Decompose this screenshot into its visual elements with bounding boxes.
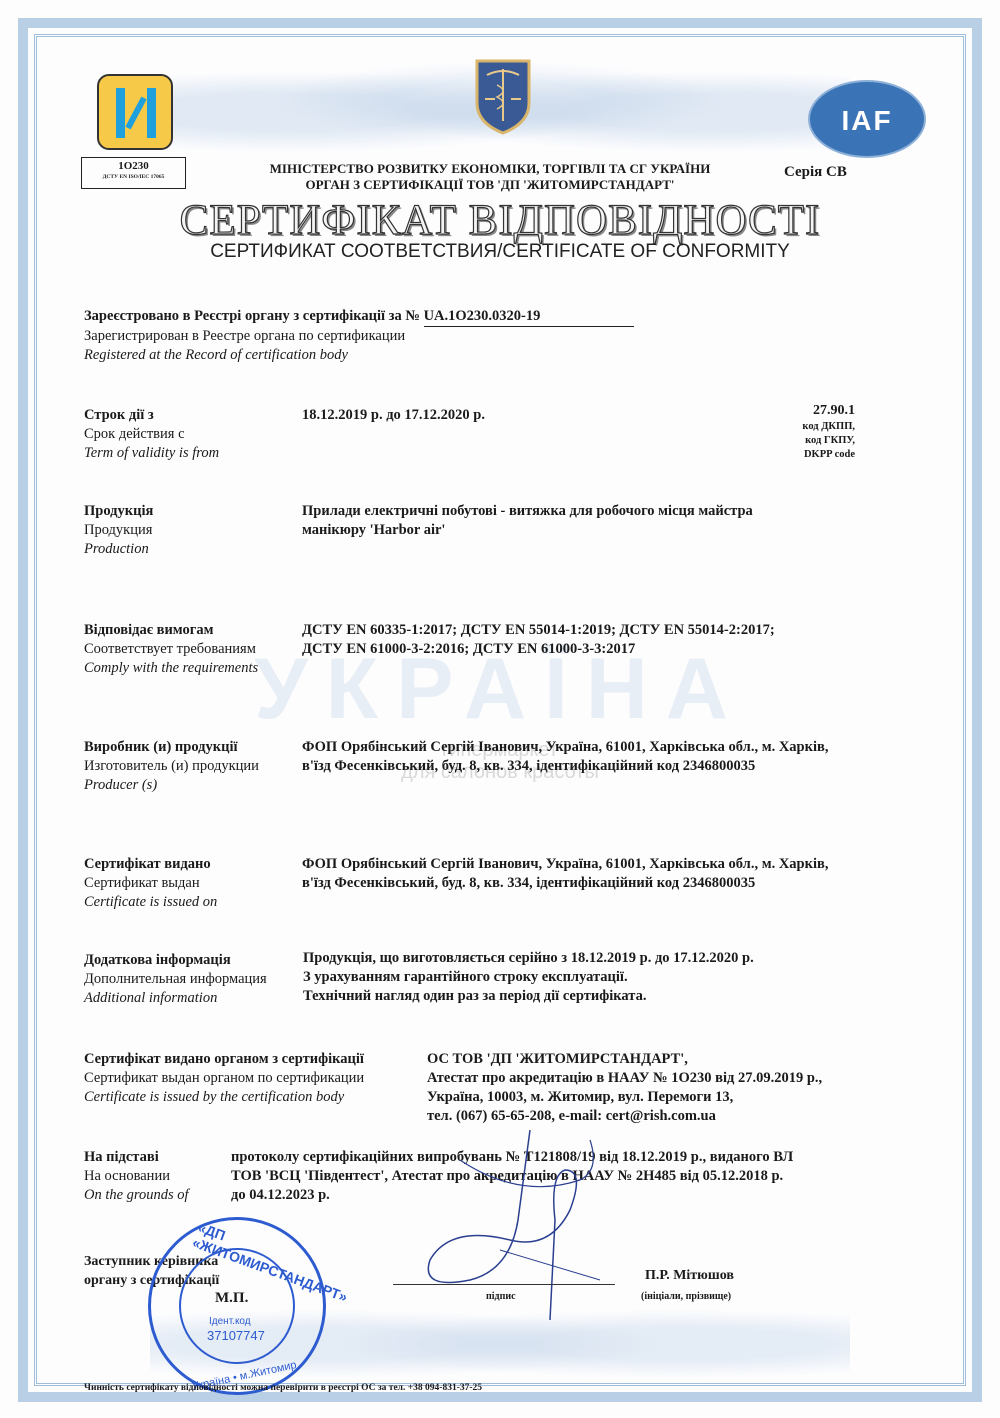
validity-labels: Строк дії з Срок действия с Term of vali…	[84, 406, 219, 463]
dkpp-code: 27.90.1	[760, 402, 855, 420]
accreditation-code: 1O230	[82, 160, 185, 173]
validity-label-ru: Срок действия с	[84, 425, 219, 444]
grounds-label-en: On the grounds of	[84, 1186, 189, 1205]
accreditation-code-box: 1O230 ДСТУ EN ISO/IEC 17065	[81, 157, 186, 189]
issuing-body-label-uk: Сертифікат видано органом з сертифікації	[84, 1050, 364, 1069]
stamp-code-label: Ідент.код	[209, 1316, 251, 1327]
validity-label-uk: Строк дії з	[84, 406, 219, 425]
certificate-page: УКРАЇНА гипермаркет для салонов красоты …	[0, 0, 1000, 1418]
validity-period: 18.12.2019 р. до 17.12.2020 р.	[302, 406, 485, 425]
grounds-label-ru: На основании	[84, 1167, 189, 1186]
certification-body-name: ОРГАН З СЕРТИФІКАЦІЇ ТОВ 'ДП 'ЖИТОМИРСТА…	[230, 177, 750, 193]
issuing-body-label-en: Certificate is issued by the certificati…	[84, 1088, 364, 1107]
producer-value: ФОП Орябінський Сергій Іванович, Україна…	[302, 738, 828, 776]
requirements-label-uk: Відповідає вимогам	[84, 621, 258, 640]
producer-label-uk: Виробник (и) продукції	[84, 738, 259, 757]
producer-label-ru: Изготовитель (и) продукции	[84, 757, 259, 776]
registration-label-ru: Зарегистрирован в Реестре органа по серт…	[84, 327, 634, 346]
accreditation-logo-icon	[97, 74, 173, 150]
additional-labels: Додаткова інформація Дополнительная инфо…	[84, 951, 267, 1008]
signature-caption: підпис	[486, 1291, 516, 1302]
validity-label-en: Term of validity is from	[84, 444, 219, 463]
dkpp-label-1: код ДКПП,	[760, 420, 855, 434]
additional-label-en: Additional information	[84, 989, 267, 1008]
registration-section: Зареєстровано в Реєстрі органу з сертифі…	[84, 307, 634, 365]
requirements-value: ДСТУ EN 60335-1:2017; ДСТУ EN 55014-1:20…	[302, 621, 775, 659]
official-stamp-icon: «ДП «ЖИТОМИРСТАНДАРТ» Ідент.код 37107747…	[148, 1217, 326, 1395]
handwritten-signature-icon	[400, 1130, 660, 1330]
issued-to-label-uk: Сертифікат видано	[84, 855, 217, 874]
additional-label-ru: Дополнительная информация	[84, 970, 267, 989]
certificate-title: СЕРТИФІКАТ ВІДПОВІДНОСТІ	[150, 196, 850, 245]
product-label-uk: Продукція	[84, 502, 153, 521]
requirements-labels: Відповідає вимогам Соответствует требова…	[84, 621, 258, 678]
requirements-label-ru: Соответствует требованиям	[84, 640, 258, 659]
issued-to-label-en: Certificate is issued on	[84, 893, 217, 912]
issued-to-labels: Сертифікат видано Сертификат выдан Certi…	[84, 855, 217, 912]
issuing-authority: МІНІСТЕРСТВО РОЗВИТКУ ЕКОНОМІКИ, ТОРГІВЛ…	[230, 161, 750, 193]
product-label-ru: Продукция	[84, 521, 153, 540]
issuing-body-label-ru: Сертификат выдан органом по сертификации	[84, 1069, 364, 1088]
registration-label-en: Registered at the Record of certificatio…	[84, 346, 634, 365]
issuing-body-value: ОС ТОВ 'ДП 'ЖИТОМИРСТАНДАРТ', Атестат пр…	[427, 1050, 822, 1126]
dkpp-label-2: код ГКПУ,	[760, 434, 855, 448]
issued-to-label-ru: Сертификат выдан	[84, 874, 217, 893]
requirements-label-en: Comply with the requirements	[84, 659, 258, 678]
issued-to-value: ФОП Орябінський Сергій Іванович, Україна…	[302, 855, 828, 893]
iaf-logo-icon: IAF	[808, 80, 926, 158]
certificate-subtitle: СЕРТИФИКАТ СООТВЕТСТВИЯ/CERTIFICATE OF C…	[150, 241, 850, 263]
stamp-code: 37107747	[207, 1328, 265, 1343]
signature-line	[393, 1284, 615, 1285]
signer-caption: (ініціали, прізвище)	[641, 1291, 731, 1302]
product-label-en: Production	[84, 540, 153, 559]
producer-label-en: Producer (s)	[84, 776, 259, 795]
product-value: Прилади електричні побутові - витяжка дл…	[302, 502, 753, 540]
additional-label-uk: Додаткова інформація	[84, 951, 267, 970]
producer-labels: Виробник (и) продукції Изготовитель (и) …	[84, 738, 259, 795]
registration-number: UA.1O230.0320-19	[424, 308, 541, 324]
accreditation-standard: ДСТУ EN ISO/IEC 17065	[82, 173, 185, 181]
series-label: Серія СВ	[784, 164, 847, 181]
grounds-label-uk: На підставі	[84, 1148, 189, 1167]
verification-footer: Чинність сертифікату відповідності можна…	[84, 1383, 482, 1393]
signer-name: П.Р. Мітюшов	[645, 1268, 734, 1284]
issuing-body-labels: Сертифікат видано органом з сертифікації…	[84, 1050, 364, 1107]
dkpp-label-3: DKPP code	[760, 448, 855, 462]
additional-value: Продукція, що виготовляється серійно з 1…	[303, 949, 754, 1006]
registration-label-uk: Зареєстровано в Реєстрі органу з сертифі…	[84, 308, 420, 324]
product-labels: Продукція Продукция Production	[84, 502, 153, 559]
grounds-labels: На підставі На основании On the grounds …	[84, 1148, 189, 1205]
dkpp-block: 27.90.1 код ДКПП, код ГКПУ, DKPP code	[760, 402, 855, 462]
ministry-name: МІНІСТЕРСТВО РОЗВИТКУ ЕКОНОМІКИ, ТОРГІВЛ…	[230, 161, 750, 177]
ministry-emblem-icon	[473, 55, 533, 135]
